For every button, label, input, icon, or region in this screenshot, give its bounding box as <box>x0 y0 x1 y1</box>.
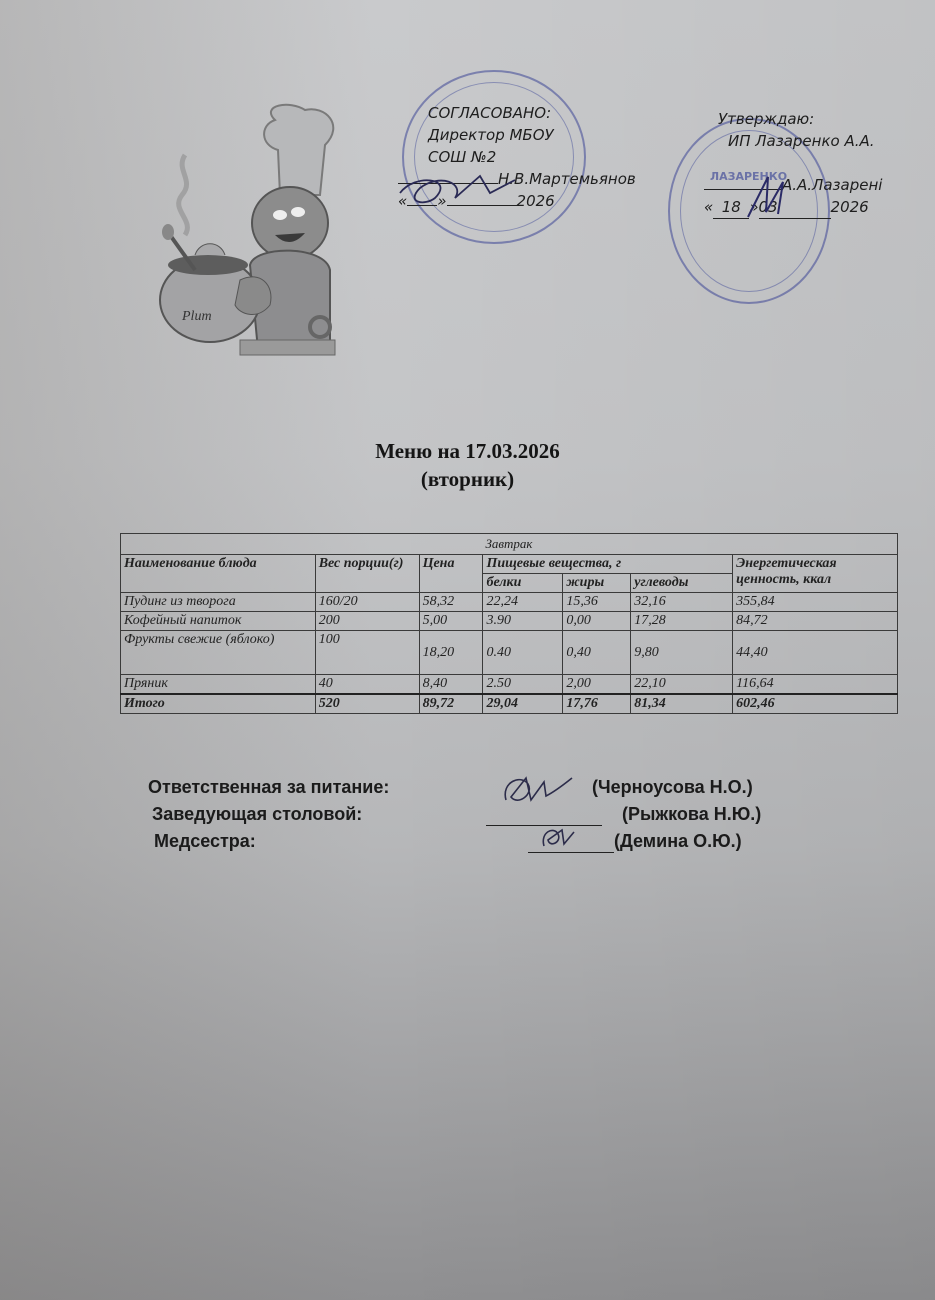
meal-caption-row: Завтрак <box>121 534 898 555</box>
cell-total-energy: 602,46 <box>733 694 898 714</box>
cell-dish-name: Пряник <box>121 675 316 695</box>
cell-energy: 116,64 <box>733 675 898 695</box>
table-header-row: Наименование блюда Вес порции(г) Цена Пи… <box>121 555 898 574</box>
cell-total-fats: 17,76 <box>563 694 631 714</box>
header-nutrients: Пищевые вещества, г <box>483 555 733 574</box>
cell-dish-name: Фрукты свежие (яблоко) <box>121 631 316 675</box>
cell-dish-name: Кофейный напиток <box>121 612 316 631</box>
nurse-signature-icon <box>538 824 578 852</box>
cell-fats: 0,40 <box>563 631 631 675</box>
cell-carbs: 22,10 <box>631 675 733 695</box>
approval-position: Директор МБОУ <box>428 124 636 146</box>
header-dish-name: Наименование блюда <box>121 555 316 593</box>
cell-fats: 0,00 <box>563 612 631 631</box>
menu-title: Меню на 17.03.2026 (вторник) <box>0 437 935 493</box>
responsible-role: Медсестра: <box>154 828 256 855</box>
cell-weight: 160/20 <box>315 593 419 612</box>
cell-proteins: 3.90 <box>483 612 563 631</box>
director-signature-icon <box>395 168 525 208</box>
cell-total-label: Итого <box>121 694 316 714</box>
header-proteins: белки <box>483 574 563 593</box>
responsible-name: (Черноусова Н.О.) <box>592 774 753 801</box>
approval-heading: Утверждаю: <box>718 108 882 130</box>
table-row: Пудинг из творога 160/20 58,32 22,24 15,… <box>121 593 898 612</box>
table-row: Кофейный напиток 200 5,00 3.90 0,00 17,2… <box>121 612 898 631</box>
chef-illustration-icon: Plum <box>140 95 350 365</box>
header-price: Цена <box>419 555 483 593</box>
cell-dish-name: Пудинг из творога <box>121 593 316 612</box>
cell-total-weight: 520 <box>315 694 419 714</box>
cell-energy: 355,84 <box>733 593 898 612</box>
table-row: Пряник 40 8,40 2.50 2,00 22,10 116,64 <box>121 675 898 695</box>
header-portion-weight: Вес порции(г) <box>315 555 419 593</box>
cell-fats: 15,36 <box>563 593 631 612</box>
cell-proteins: 0.40 <box>483 631 563 675</box>
menu-weekday: (вторник) <box>0 465 935 493</box>
responsible-name: (Рыжкова Н.Ю.) <box>622 801 761 828</box>
cell-total-carbs: 81,34 <box>631 694 733 714</box>
nutrition-signature-icon <box>496 772 576 808</box>
header-fats: жиры <box>563 574 631 593</box>
responsible-role: Ответственная за питание: <box>148 774 389 801</box>
cell-energy: 44,40 <box>733 631 898 675</box>
cell-total-proteins: 29,04 <box>483 694 563 714</box>
table-row: Фрукты свежие (яблоко) 100 18,20 0.40 0,… <box>121 631 898 675</box>
entrepreneur-signature-icon <box>738 172 798 222</box>
cell-price: 5,00 <box>419 612 483 631</box>
approval-heading: СОГЛАСОВАНО: <box>428 102 636 124</box>
cell-proteins: 2.50 <box>483 675 563 695</box>
cell-energy: 84,72 <box>733 612 898 631</box>
cell-weight: 40 <box>315 675 419 695</box>
cell-proteins: 22,24 <box>483 593 563 612</box>
cell-fats: 2,00 <box>563 675 631 695</box>
responsible-row: Медсестра: (Демина О.Ю.) <box>148 828 848 855</box>
cell-total-price: 89,72 <box>419 694 483 714</box>
cell-weight: 200 <box>315 612 419 631</box>
header-carbs: углеводы <box>631 574 733 593</box>
cell-carbs: 9,80 <box>631 631 733 675</box>
cell-price: 58,32 <box>419 593 483 612</box>
menu-date-heading: Меню на 17.03.2026 <box>0 437 935 465</box>
responsible-name: (Демина О.Ю.) <box>614 828 742 855</box>
responsible-role: Заведующая столовой: <box>152 801 362 828</box>
cell-price: 8,40 <box>419 675 483 695</box>
header-energy: Энергетическая ценность, ккал <box>733 555 898 593</box>
cell-carbs: 32,16 <box>631 593 733 612</box>
cell-price: 18,20 <box>419 631 483 675</box>
meal-caption: Завтрак <box>121 534 898 555</box>
approval-position: ИП Лазаренко А.А. <box>728 130 882 152</box>
cell-weight: 100 <box>315 631 419 675</box>
cell-carbs: 17,28 <box>631 612 733 631</box>
menu-table: Завтрак Наименование блюда Вес порции(г)… <box>120 533 898 714</box>
svg-text:Plum: Plum <box>181 309 212 324</box>
table-total-row: Итого 520 89,72 29,04 17,76 81,34 602,46 <box>121 694 898 714</box>
approval-organization: СОШ №2 <box>428 146 636 168</box>
